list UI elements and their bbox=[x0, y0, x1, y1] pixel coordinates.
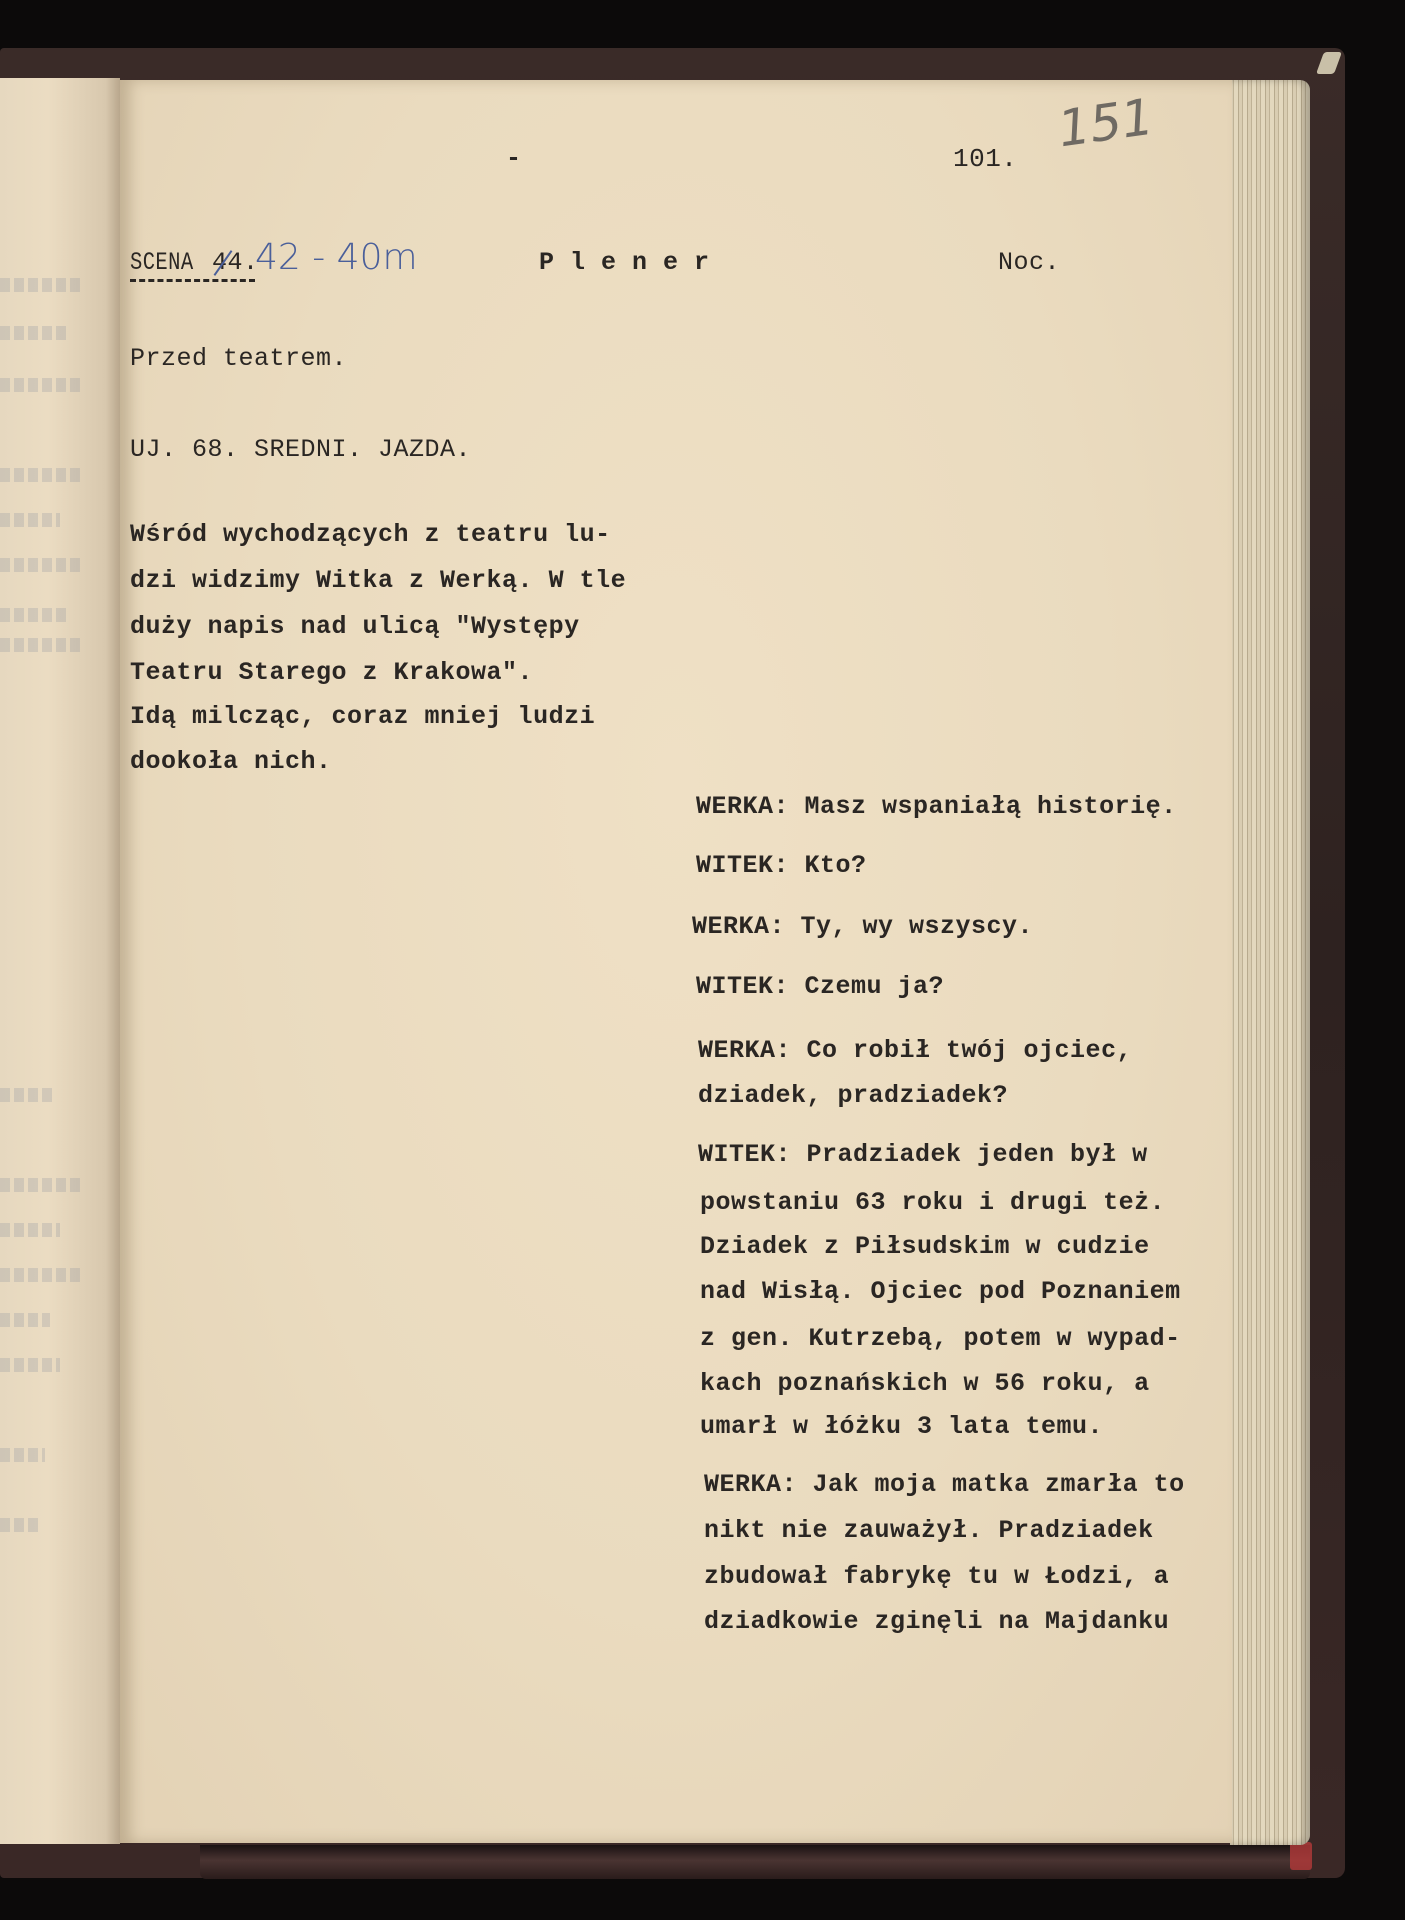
bleed-through-text bbox=[0, 1518, 40, 1532]
left-page bbox=[0, 78, 120, 1844]
cover-corner-tag bbox=[1290, 1842, 1312, 1870]
bleed-through-text bbox=[0, 326, 70, 340]
dialogue-line: dziadkowie zginęli na Majdanku bbox=[704, 1609, 1169, 1634]
scene-time-of-day: Noc. bbox=[998, 250, 1060, 275]
page-stack-edges bbox=[1230, 80, 1310, 1845]
page-number-handwritten: 151 bbox=[1055, 92, 1156, 155]
dialogue-line: WITEK: Kto? bbox=[696, 853, 867, 878]
bleed-through-text bbox=[0, 513, 60, 527]
description-line: Teatru Starego z Krakowa". bbox=[130, 660, 533, 685]
description-line: Wśród wychodzących z teatru lu- bbox=[130, 522, 611, 547]
scene-location-type: P l e n e r bbox=[539, 250, 710, 275]
dialogue-line: WITEK: Pradziadek jeden był w bbox=[698, 1142, 1148, 1167]
bleed-through-text bbox=[0, 558, 80, 572]
page-number-typed: 101. bbox=[953, 146, 1017, 172]
description-line: dzi widzimy Witka z Werką. W tle bbox=[130, 568, 626, 593]
bleed-through-text bbox=[0, 1358, 60, 1372]
bleed-through-text bbox=[0, 638, 80, 652]
bleed-through-text bbox=[0, 1268, 80, 1282]
scene-handwritten-annotation: 42 - 40m bbox=[255, 240, 418, 276]
script-page: - 101. 151 SCENA 44. 42 - 40m P l e n e … bbox=[120, 80, 1232, 1843]
dialogue-line: umarł w łóżku 3 lata temu. bbox=[700, 1414, 1103, 1439]
dialogue-line: nikt nie zauważył. Pradziadek bbox=[704, 1518, 1154, 1543]
dialogue-line: powstaniu 63 roku i drugi też. bbox=[700, 1190, 1165, 1215]
dialogue-line: nad Wisłą. Ojciec pod Poznaniem bbox=[700, 1279, 1181, 1304]
header-mark: - bbox=[506, 146, 522, 171]
bleed-through-text bbox=[0, 1313, 50, 1327]
dialogue-line: z gen. Kutrzebą, potem w wypad- bbox=[700, 1326, 1181, 1351]
scene-number-struck: 44. bbox=[212, 250, 259, 275]
book-cover-bottom-edge bbox=[200, 1845, 1310, 1879]
bleed-through-text bbox=[0, 608, 70, 622]
bleed-through-text bbox=[0, 1223, 60, 1237]
dialogue-line: dziadek, pradziadek? bbox=[698, 1083, 1008, 1108]
dialogue-line: Dziadek z Piłsudskim w cudzie bbox=[700, 1234, 1150, 1259]
scene-underline bbox=[130, 279, 255, 282]
dialogue-line: kach poznańskich w 56 roku, a bbox=[700, 1371, 1150, 1396]
bleed-through-text bbox=[0, 468, 80, 482]
description-line: duży napis nad ulicą "Występy bbox=[130, 614, 580, 639]
scene-setting: Przed teatrem. bbox=[130, 346, 347, 371]
bleed-through-text bbox=[0, 1448, 45, 1462]
dialogue-line: WERKA: Jak moja matka zmarła to bbox=[704, 1472, 1185, 1497]
dialogue-line: WERKA: Co robił twój ojciec, bbox=[698, 1038, 1132, 1063]
description-line: Idą milcząc, coraz mniej ludzi bbox=[130, 704, 595, 729]
bleed-through-text bbox=[0, 1178, 80, 1192]
scene-label: SCENA bbox=[130, 250, 194, 275]
dialogue-line: WERKA: Masz wspaniałą historię. bbox=[696, 794, 1177, 819]
dialogue-line: WITEK: Czemu ja? bbox=[696, 974, 944, 999]
description-line: dookoła nich. bbox=[130, 749, 332, 774]
bleed-through-text bbox=[0, 378, 80, 392]
bleed-through-text bbox=[0, 278, 80, 292]
dialogue-line: zbudował fabrykę tu w Łodzi, a bbox=[704, 1564, 1169, 1589]
dialogue-line: WERKA: Ty, wy wszyscy. bbox=[692, 914, 1033, 939]
shot-description: UJ. 68. SREDNI. JAZDA. bbox=[130, 437, 471, 462]
bleed-through-text bbox=[0, 1088, 55, 1102]
